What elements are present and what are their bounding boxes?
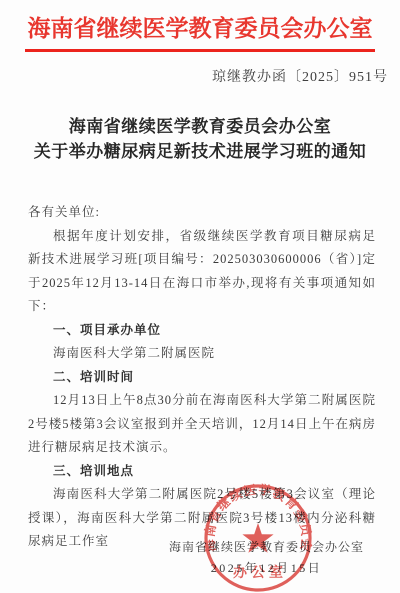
intro-paragraph: 根据年度计划安排，省级继续医学教育项目糖尿病足新技术进展学习班[项目编号：202…	[28, 225, 376, 319]
section-3-heading: 三、培训地点	[28, 460, 376, 484]
section-2-content: 12月13日上午8点30分前在海南医科大学第二附属医院2号楼5楼第3会议室报到并…	[28, 389, 376, 460]
salutation: 各有关单位:	[28, 201, 376, 225]
document-title-line1: 海南省继续医学教育委员会办公室	[0, 114, 400, 139]
document-body: 各有关单位: 根据年度计划安排，省级继续医学教育项目糖尿病足新技术进展学习班[项…	[28, 201, 376, 554]
red-divider-line	[25, 49, 375, 52]
section-1-heading: 一、项目承办单位	[28, 319, 376, 343]
document-title-line2: 关于举办糖尿病足新技术进展学习班的通知	[0, 139, 400, 164]
signature-org: 海南省继续医学教育委员会办公室	[169, 537, 364, 558]
section-2-heading: 二、培训时间	[28, 366, 376, 390]
doc-number: 琼继教办函〔2025〕951号	[12, 66, 388, 86]
section-1-content: 海南医科大学第二附属医院	[28, 342, 376, 366]
document-title: 海南省继续医学教育委员会办公室 关于举办糖尿病足新技术进展学习班的通知	[0, 114, 400, 164]
letterhead-org-name: 海南省继续医学教育委员会办公室	[14, 12, 386, 46]
signature-block: 海南省继续医学教育委员会办公室 2025年12月15日	[169, 537, 364, 579]
signature-date: 2025年12月15日	[169, 558, 364, 579]
document-page: 海南省继续医学教育委员会办公室 琼继教办函〔2025〕951号 海南省继续医学教…	[0, 0, 400, 593]
